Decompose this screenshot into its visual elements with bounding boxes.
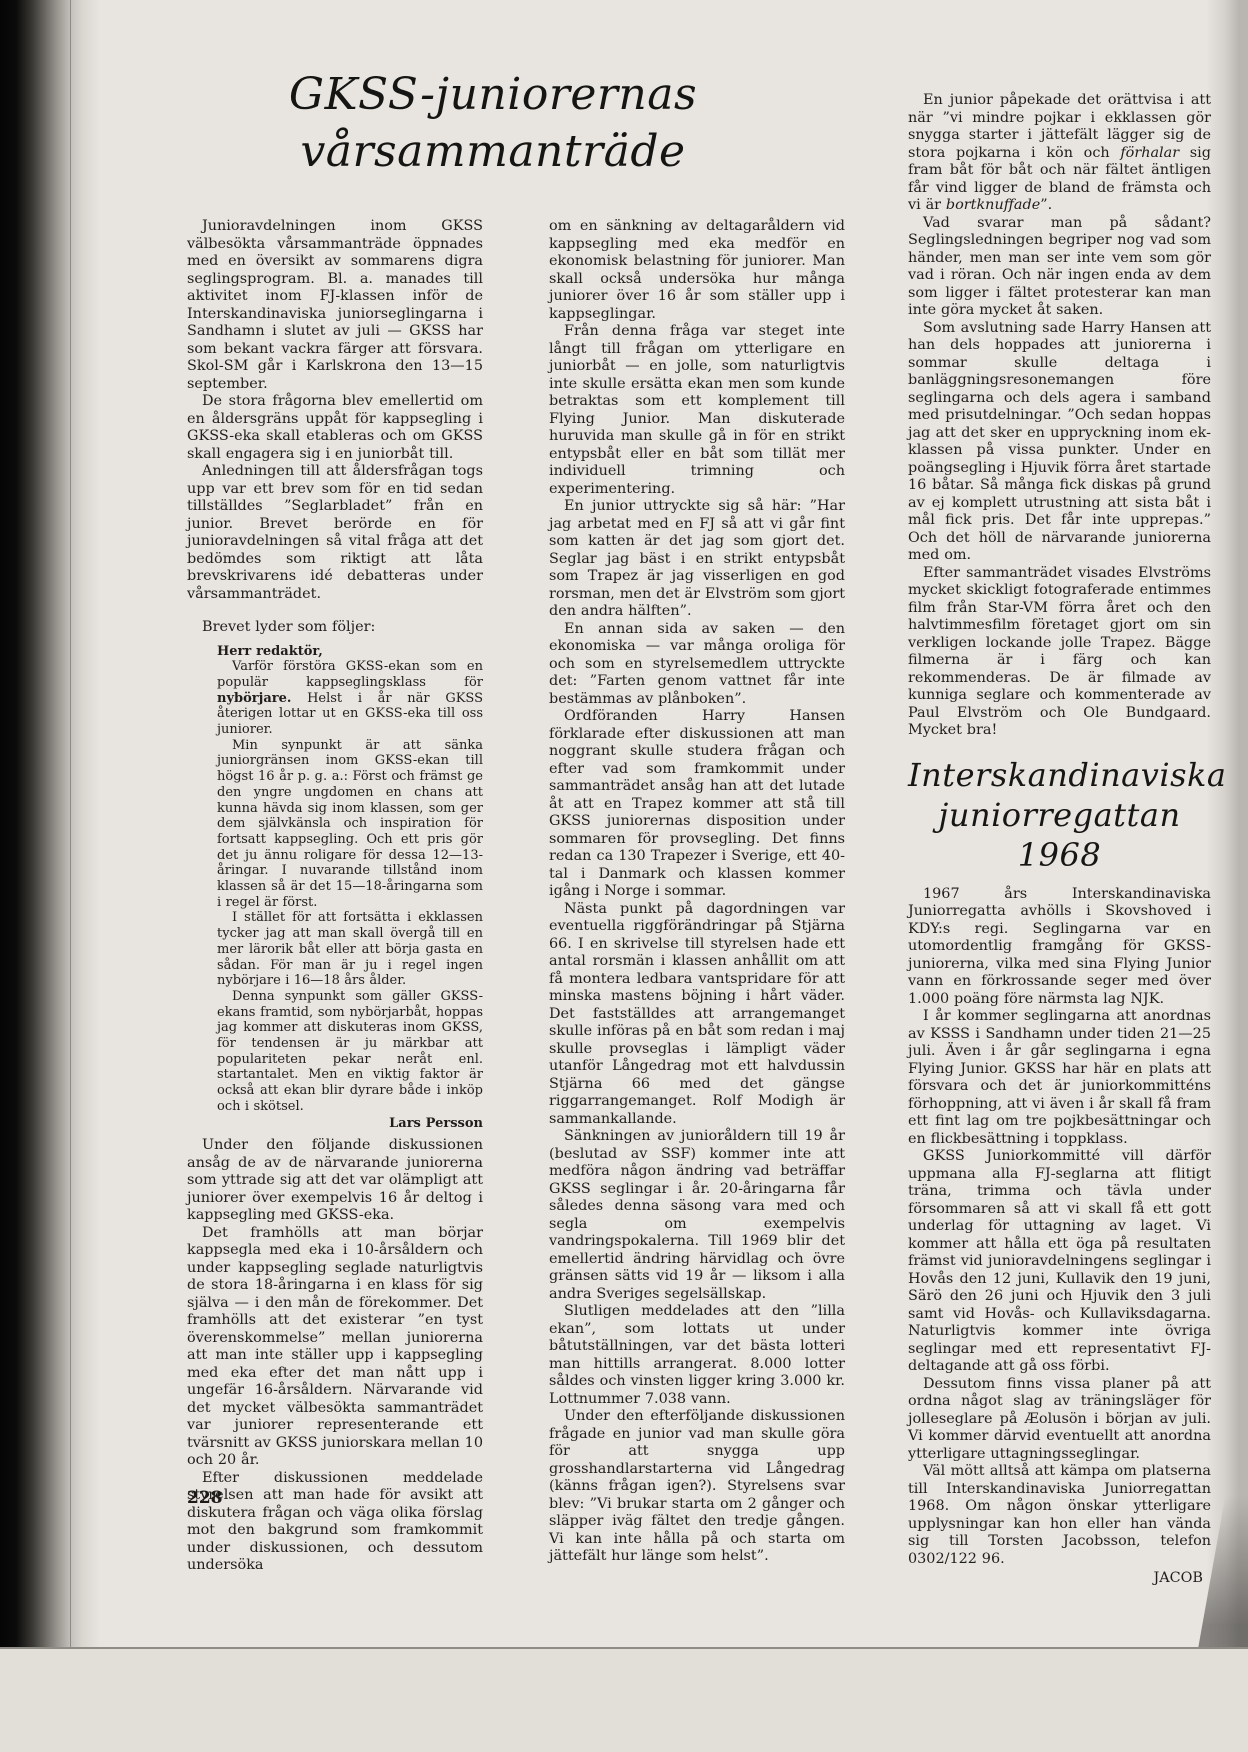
article-title-line2: vårsammanträde [300,126,685,177]
section-heading-line: Interskandinaviska [908,756,1226,794]
paragraph: Anledningen till att åldersfrågan togs u… [187,463,483,603]
text-column-3: En junior påpekade det orättvisa i att n… [908,92,1211,1588]
paragraph: Brevet lyder som följer: [187,619,483,637]
text-run: ”. [1040,197,1052,213]
page-bottom-edge [0,1647,1248,1752]
text-run: nybörjare. [217,691,291,706]
paragraph: GKSS Juniorkommitté vill därför uppmana … [908,1148,1211,1376]
text-run: Vad svarar man på sådant? Seglingslednin… [908,215,1211,319]
text-run: Väl mött alltså att kämpa om platserna t… [908,1463,1211,1567]
text-run: Under den följande diskussionen ansåg de… [187,1137,483,1223]
paragraph: De stora frågorna blev emellertid om en … [187,393,483,463]
page-number: 228 [187,1488,223,1508]
page-edge-shadow [1206,0,1248,1649]
magazine-page: GKSS-juniorernasvårsammanträde Junioravd… [0,0,1248,1752]
signature: Lars Persson [217,1116,483,1132]
text-run: 1967 års Interskandinaviska Juniorregatt… [908,886,1211,1007]
article-title-line1: GKSS-juniorernas [289,69,697,120]
paragraph: Nästa punkt på dagordningen var eventuel… [549,901,845,1129]
paragraph: Från denna fråga var steget inte långt t… [549,323,845,498]
paragraph: Som avslutning sade Harry Hansen att han… [908,320,1211,565]
paragraph: Herr redaktör, [217,644,483,660]
section-heading-line: juniorregattan 1968 [938,796,1180,874]
paragraph: Min synpunkt är att sänka juniorgränsen … [217,738,483,911]
text-run: GKSS Juniorkommitté vill därför uppmana … [908,1148,1211,1374]
text-column-2: om en sänkning av deltagaråldern vid kap… [549,218,845,1566]
paragraph: I stället för att fortsätta i ekklassen … [217,910,483,989]
text-run: Nästa punkt på dagordningen var eventuel… [549,901,845,1127]
paragraph: om en sänkning av deltagaråldern vid kap… [549,218,845,323]
paragraph: Efter sammanträdet visades Elvströms myc… [908,565,1211,740]
paragraph: Varför förstöra GKSS-ekan som en populär… [217,659,483,738]
text-run: Efter sammanträdet visades Elvströms myc… [908,565,1211,739]
text-run: Brevet lyder som följer: [202,619,375,635]
text-run: Anledningen till att åldersfrågan togs u… [187,463,483,602]
text-run: Slutligen meddelades att den ”lilla ekan… [549,1303,845,1407]
text-run: Under den efterföljande diskussionen frå… [549,1408,845,1564]
paragraph: Det framhölls att man börjar kappsegla m… [187,1225,483,1470]
paragraph: Efter diskussionen meddelade styrelsen a… [187,1470,483,1575]
text-run: De stora frågorna blev emellertid om en … [187,393,483,462]
paragraph: En junior uttryckte sig så här: ”Har jag… [549,498,845,621]
text-run: En annan sida av saken — den ekonomiska … [549,621,845,707]
text-run: I år kommer seglingarna att anordnas av … [908,1008,1211,1147]
section-heading: Interskandinaviskajuniorregattan 1968 [908,755,1211,875]
text-run: förhalar [1120,145,1179,161]
text-run: Min synpunkt är att sänka juniorgränsen … [217,738,483,910]
paragraph: Väl mött alltså att kämpa om platserna t… [908,1463,1211,1568]
text-run: Varför förstöra GKSS-ekan som en populär… [217,659,483,690]
text-run: Från denna fråga var steget inte långt t… [549,323,845,497]
text-run: Junioravdelningen inom GKSS välbesökta v… [187,218,483,392]
paragraph: En annan sida av saken — den ekonomiska … [549,621,845,709]
paragraph: I år kommer seglingarna att anordnas av … [908,1008,1211,1148]
paragraph: Slutligen meddelades att den ”lilla ekan… [549,1303,845,1408]
text-run: Ordföranden Harry Hansen förklarade efte… [549,708,845,899]
text-run: Sänkningen av junioråldern till 19 år (b… [549,1128,845,1302]
text-run: om en sänkning av deltagaråldern vid kap… [549,218,845,322]
text-run: Det framhölls att man börjar kappsegla m… [187,1225,483,1469]
signature: JACOB [908,1570,1211,1588]
paragraph: 1967 års Interskandinaviska Juniorregatt… [908,886,1211,1009]
paragraph: Vad svarar man på sådant? Seglingslednin… [908,215,1211,320]
text-run: Dessutom finns vissa planer på att ordna… [908,1376,1211,1462]
book-gutter-shadow [0,0,100,1649]
text-run: Efter diskussionen meddelade styrelsen a… [187,1470,483,1574]
text-run: Denna synpunkt som gäller GKSS-ekans fra… [217,989,483,1114]
text-run: Som avslutning sade Harry Hansen att han… [908,320,1211,564]
paragraph: Denna synpunkt som gäller GKSS-ekans fra… [217,989,483,1115]
paragraph: Under den efterföljande diskussionen frå… [549,1408,845,1566]
paragraph: Under den följande diskussionen ansåg de… [187,1137,483,1225]
article-title: GKSS-juniorernasvårsammanträde [233,66,753,180]
paragraph: Ordföranden Harry Hansen förklarade efte… [549,708,845,901]
text-run: Herr redaktör, [217,644,323,659]
text-column-1: Junioravdelningen inom GKSS välbesökta v… [187,218,483,1575]
paragraph: Dessutom finns vissa planer på att ordna… [908,1376,1211,1464]
text-run: I stället för att fortsätta i ekklassen … [217,910,483,988]
text-run: En junior uttryckte sig så här: ”Har jag… [549,498,845,619]
text-run: bortknuffade [946,197,1040,213]
paragraph: Sänkningen av junioråldern till 19 år (b… [549,1128,845,1303]
text-run: Lars Persson [389,1116,483,1131]
paragraph: Junioravdelningen inom GKSS välbesökta v… [187,218,483,393]
text-run: JACOB [1153,1570,1203,1586]
paragraph: En junior påpekade det orättvisa i att n… [908,92,1211,215]
